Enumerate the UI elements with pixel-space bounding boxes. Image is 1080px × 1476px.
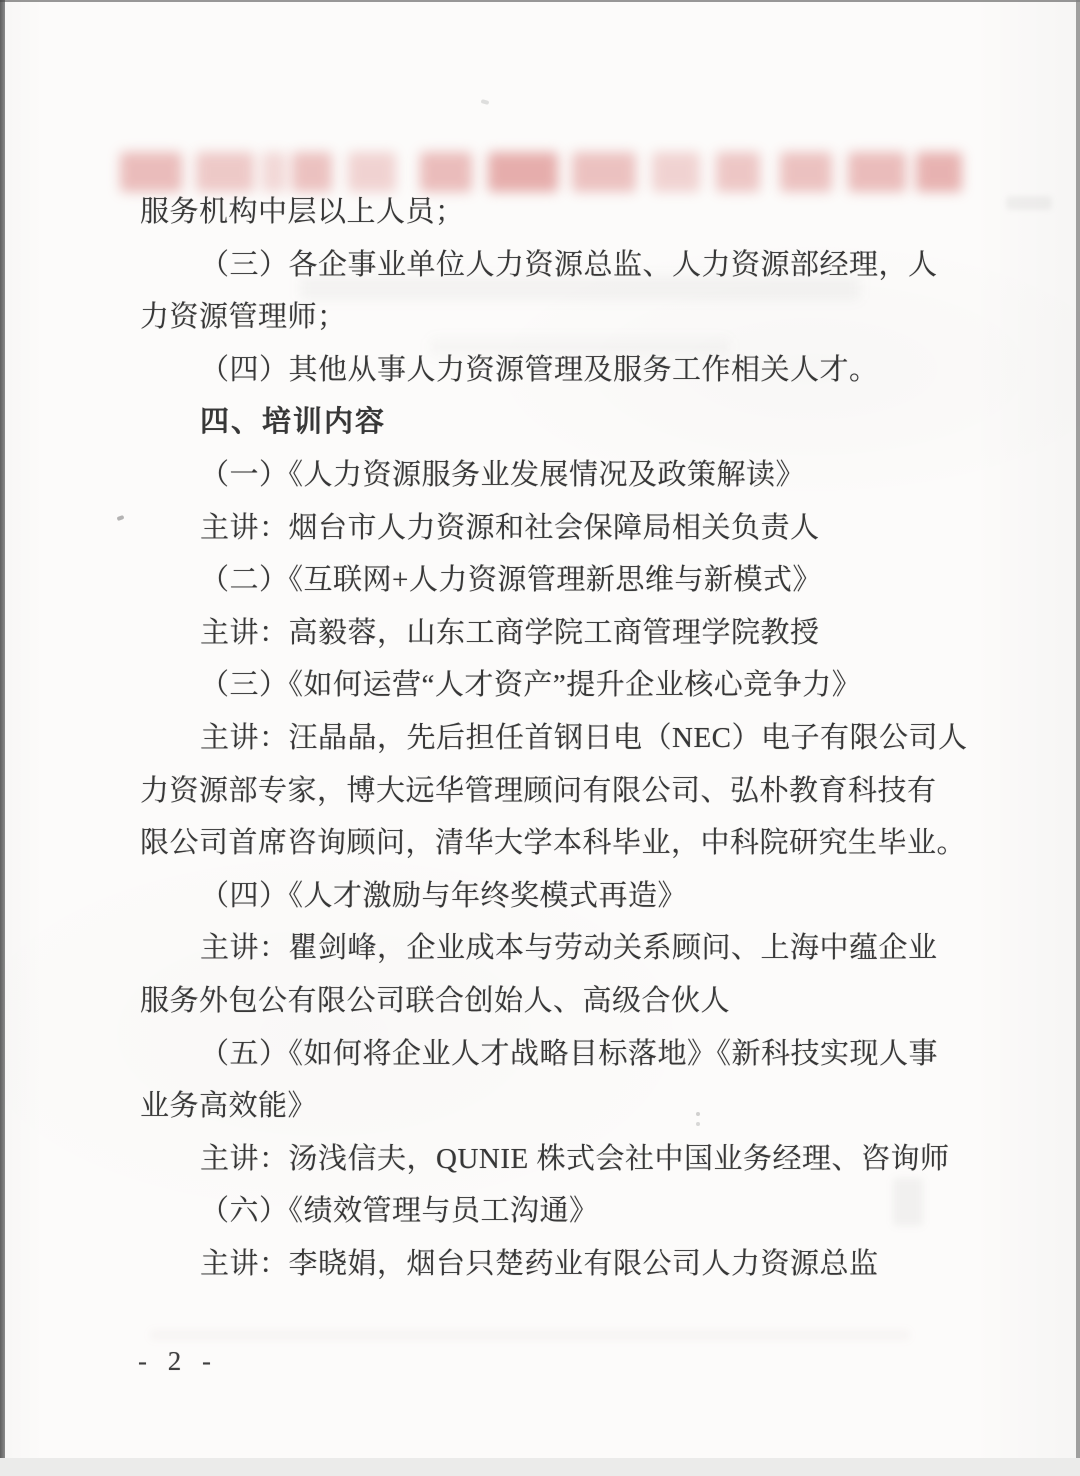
document-line: 主讲：汪晶晶，先后担任首钢日电（NEC）电子有限公司人 bbox=[140, 712, 930, 765]
document-line: （六）《绩效管理与员工沟通》 bbox=[140, 1185, 930, 1238]
page-right-edge-shadow bbox=[1076, 0, 1080, 1476]
document-line: 业务高效能》 bbox=[140, 1080, 930, 1133]
document-line: 主讲：高毅蓉，山东工商学院工商管理学院教授 bbox=[140, 607, 930, 660]
page-bottom-strip bbox=[0, 1458, 1080, 1476]
page-left-edge-shadow bbox=[0, 0, 5, 1476]
footer-page-number: - 2 - bbox=[138, 1346, 218, 1377]
document-line: （三）各企事业单位人力资源总监、人力资源部经理，人 bbox=[140, 239, 930, 292]
page-top-edge-shadow bbox=[0, 0, 1080, 2]
document-line: 主讲：汤浅信夫，QUNIE 株式会社中国业务经理、咨询师 bbox=[140, 1133, 930, 1186]
document-line: 服务外包公有限公司联合创始人、高级合伙人 bbox=[140, 975, 930, 1028]
scanned-document-page: 服务机构中层以上人员；（三）各企事业单位人力资源总监、人力资源部经理，人力资源管… bbox=[0, 0, 1080, 1476]
document-line: （四）其他从事人力资源管理及服务工作相关人才。 bbox=[140, 344, 930, 397]
gray-bleed-smudge bbox=[150, 1330, 910, 1340]
document-line: 主讲：瞿剑峰，企业成本与劳动关系顾问、上海中蕴企业 bbox=[140, 922, 930, 975]
document-line: 力资源部专家，博大远华管理顾问有限公司、弘朴教育科技有 bbox=[140, 765, 930, 818]
ink-speck bbox=[481, 99, 490, 105]
document-line: 服务机构中层以上人员； bbox=[140, 186, 930, 239]
document-line: （四）《人才激励与年终奖模式再造》 bbox=[140, 870, 930, 923]
document-line: （一）《人力资源服务业发展情况及政策解读》 bbox=[140, 449, 930, 502]
document-line: （二）《互联网+人力资源管理新思维与新模式》 bbox=[140, 554, 930, 607]
document-body: 服务机构中层以上人员；（三）各企事业单位人力资源总监、人力资源部经理，人力资源管… bbox=[140, 186, 930, 1290]
document-line: （三）《如何运营“人才资产”提升企业核心竞争力》 bbox=[140, 659, 930, 712]
document-line: 主讲：烟台市人力资源和社会保障局相关负责人 bbox=[140, 502, 930, 555]
document-line: 四、培训内容 bbox=[140, 396, 930, 449]
document-line: （五）《如何将企业人才战略目标落地》《新科技实现人事 bbox=[140, 1028, 930, 1081]
document-line: 主讲：李晓娟，烟台只楚药业有限公司人力资源总监 bbox=[140, 1238, 930, 1291]
document-line: 力资源管理师； bbox=[140, 291, 930, 344]
document-line: 限公司首席咨询顾问，清华大学本科毕业，中科院研究生毕业。 bbox=[140, 817, 930, 870]
gray-bleed-smudge bbox=[1006, 196, 1052, 210]
ink-speck bbox=[117, 515, 125, 521]
